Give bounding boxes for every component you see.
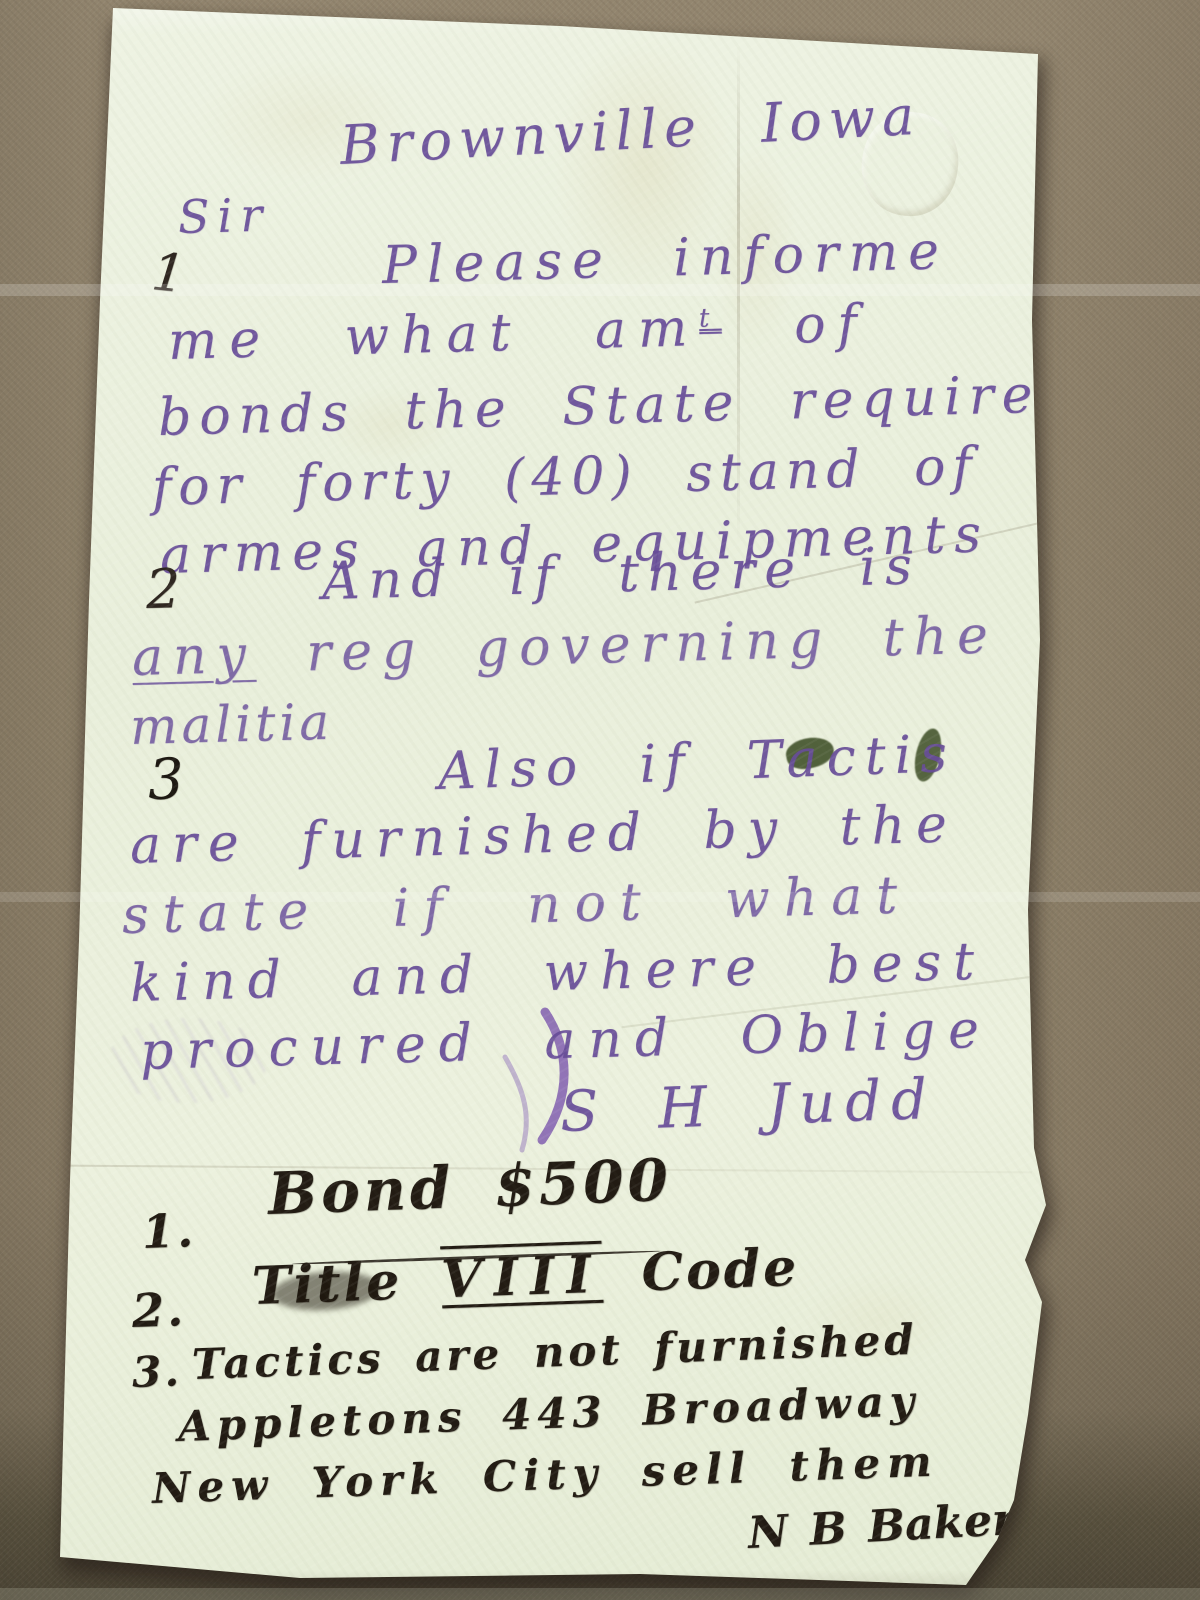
letter-line-fragment: of (721, 294, 870, 358)
letter-line: Please informe (381, 221, 949, 296)
letter-line-fragment: me what am (167, 298, 700, 372)
letter-line: Also if Tactis (437, 724, 957, 802)
letter-line-fragment: reg governing the (255, 605, 998, 684)
reply-marker-2: 2. (131, 1282, 187, 1338)
reply-line: Tactics are not furnished (191, 1315, 918, 1389)
letter-heading: Brownville Iowa (338, 84, 922, 177)
reply-line: Bond $500 (267, 1146, 673, 1228)
letter-salutation: Sir (177, 188, 271, 244)
list-marker-1: 1 (149, 242, 196, 306)
list-marker-2: 2 (145, 557, 189, 621)
letter-line: any reg governing the (131, 605, 998, 688)
letter-line: for forty (40) stand of (151, 436, 979, 518)
letter-signature: S H Judd (559, 1067, 938, 1145)
reply-signature: N B Baker Adj (747, 1489, 1119, 1559)
letter-line: malitia (129, 693, 334, 756)
paper-shadow: Brownville Iowa Sir 1 Please informe me … (0, 0, 1200, 1600)
list-marker-3: 3 (147, 747, 192, 813)
letter-paper: Brownville Iowa Sir 1 Please informe me … (0, 0, 1200, 1600)
letter-line: me what amt of (167, 294, 869, 372)
roman-numeral: VIII (432, 1243, 611, 1310)
superscript-t: t (699, 303, 722, 334)
reply-marker-3: 3. (131, 1346, 183, 1397)
reply-line-fragment: Code (641, 1237, 801, 1303)
underlined-word: any (131, 625, 256, 688)
reply-line: New York City sell them (151, 1437, 939, 1513)
letter-line: kind and where best (129, 932, 987, 1014)
letter-line: state if not what (121, 865, 912, 946)
letter-line: bonds the State requires (157, 364, 1076, 448)
letter-line: are furnished by the (129, 794, 958, 876)
reply-line: Appletons 443 Broadway (177, 1376, 921, 1451)
photo-background: Brownville Iowa Sir 1 Please informe me … (0, 0, 1200, 1600)
reply-marker-1: 1. (141, 1203, 197, 1259)
